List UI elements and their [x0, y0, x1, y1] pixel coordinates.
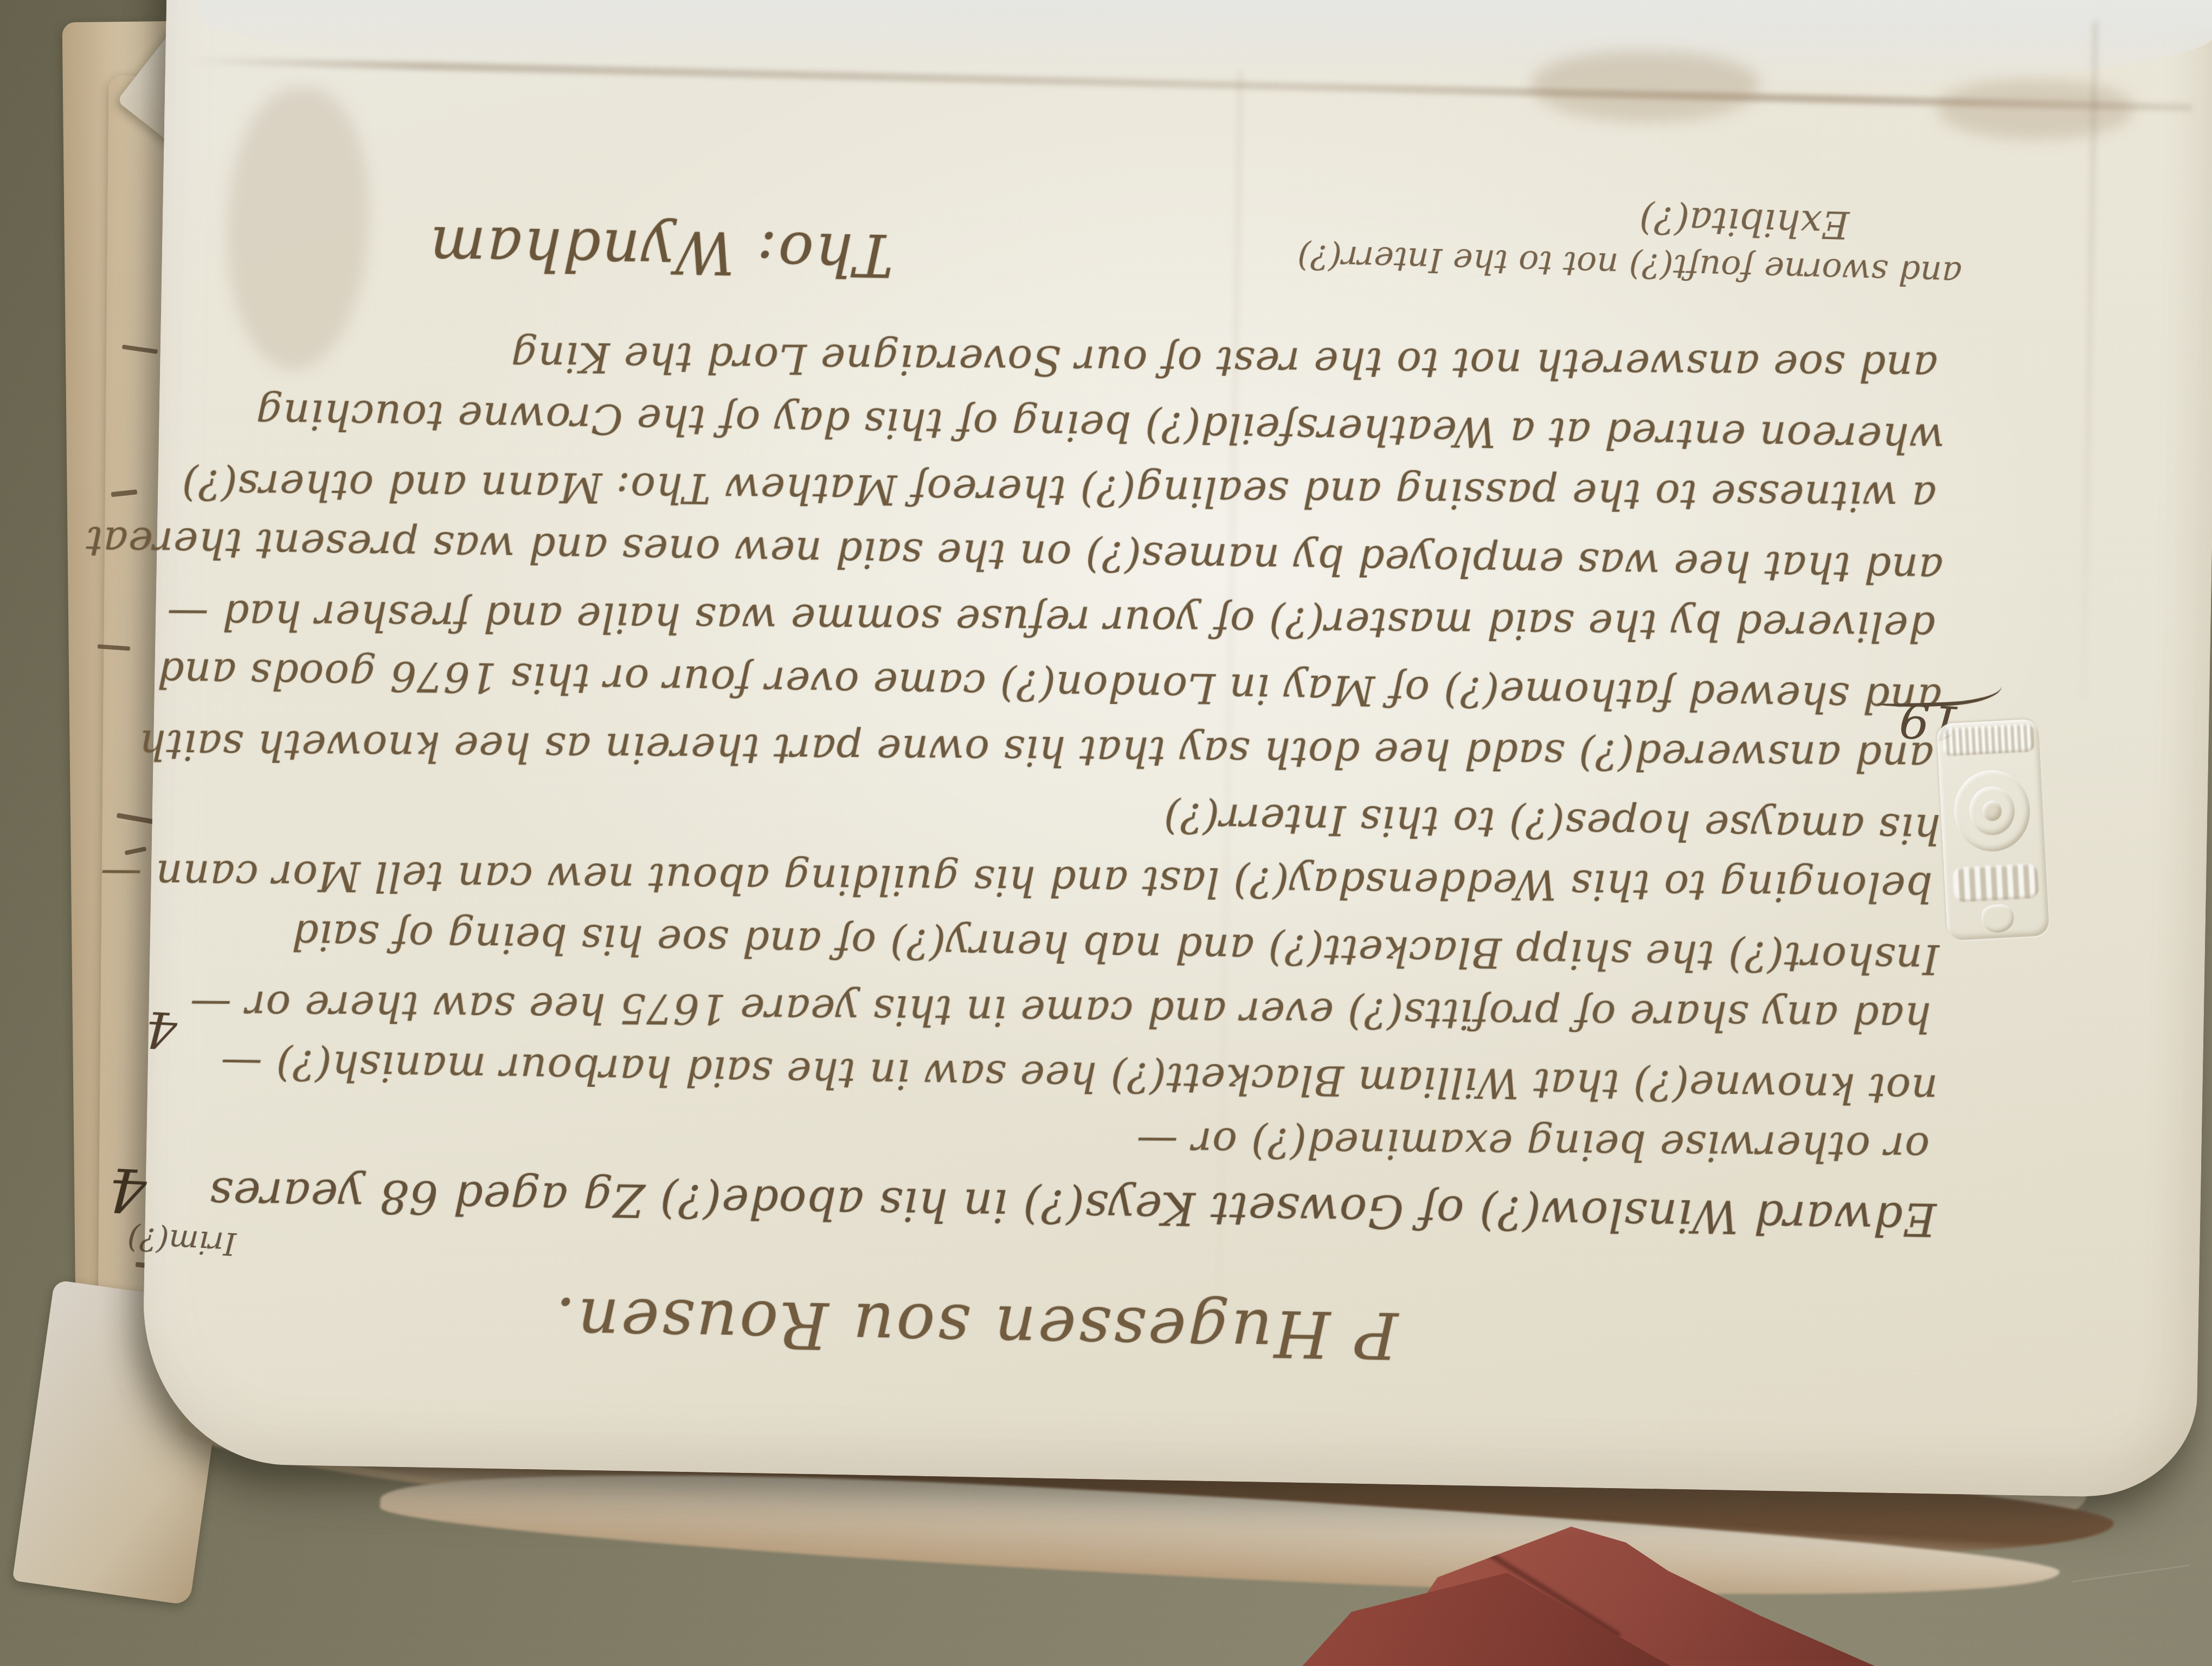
- manuscript-photo: Edward Winslow(?) of Gowsett Keys(?) in …: [0, 0, 2212, 1666]
- water-stain: [1531, 49, 1760, 124]
- water-stain: [1937, 78, 2133, 141]
- table-scratch: [2072, 1565, 2190, 1583]
- handwriting-body: Edward Winslow(?) of Gowsett Keys(?) in …: [174, 308, 1946, 1248]
- embossed-duty-stamp-icon: [1937, 719, 2050, 940]
- margin-mark-4: 4: [144, 1000, 178, 1060]
- stamp-drop: [1980, 904, 2015, 933]
- stamp-frill: [1953, 863, 2039, 902]
- margin-mark-4: 4: [107, 1154, 149, 1225]
- jurat-examiner-line: P Hugessen sou Rousen.: [552, 1283, 1399, 1373]
- exhibit-note-block: and sworne fouft(?) not to the Interr(?)…: [1365, 190, 1964, 294]
- stamp-letter-band: [1942, 723, 2034, 757]
- handwriting-line: and soe answereth not to the rest of our…: [183, 322, 1938, 400]
- deponent-signature: Tho: Wyndham: [428, 213, 894, 289]
- folded-top-band: [198, 0, 2212, 105]
- margin-mark-squiggle: Irim(?): [126, 1220, 237, 1263]
